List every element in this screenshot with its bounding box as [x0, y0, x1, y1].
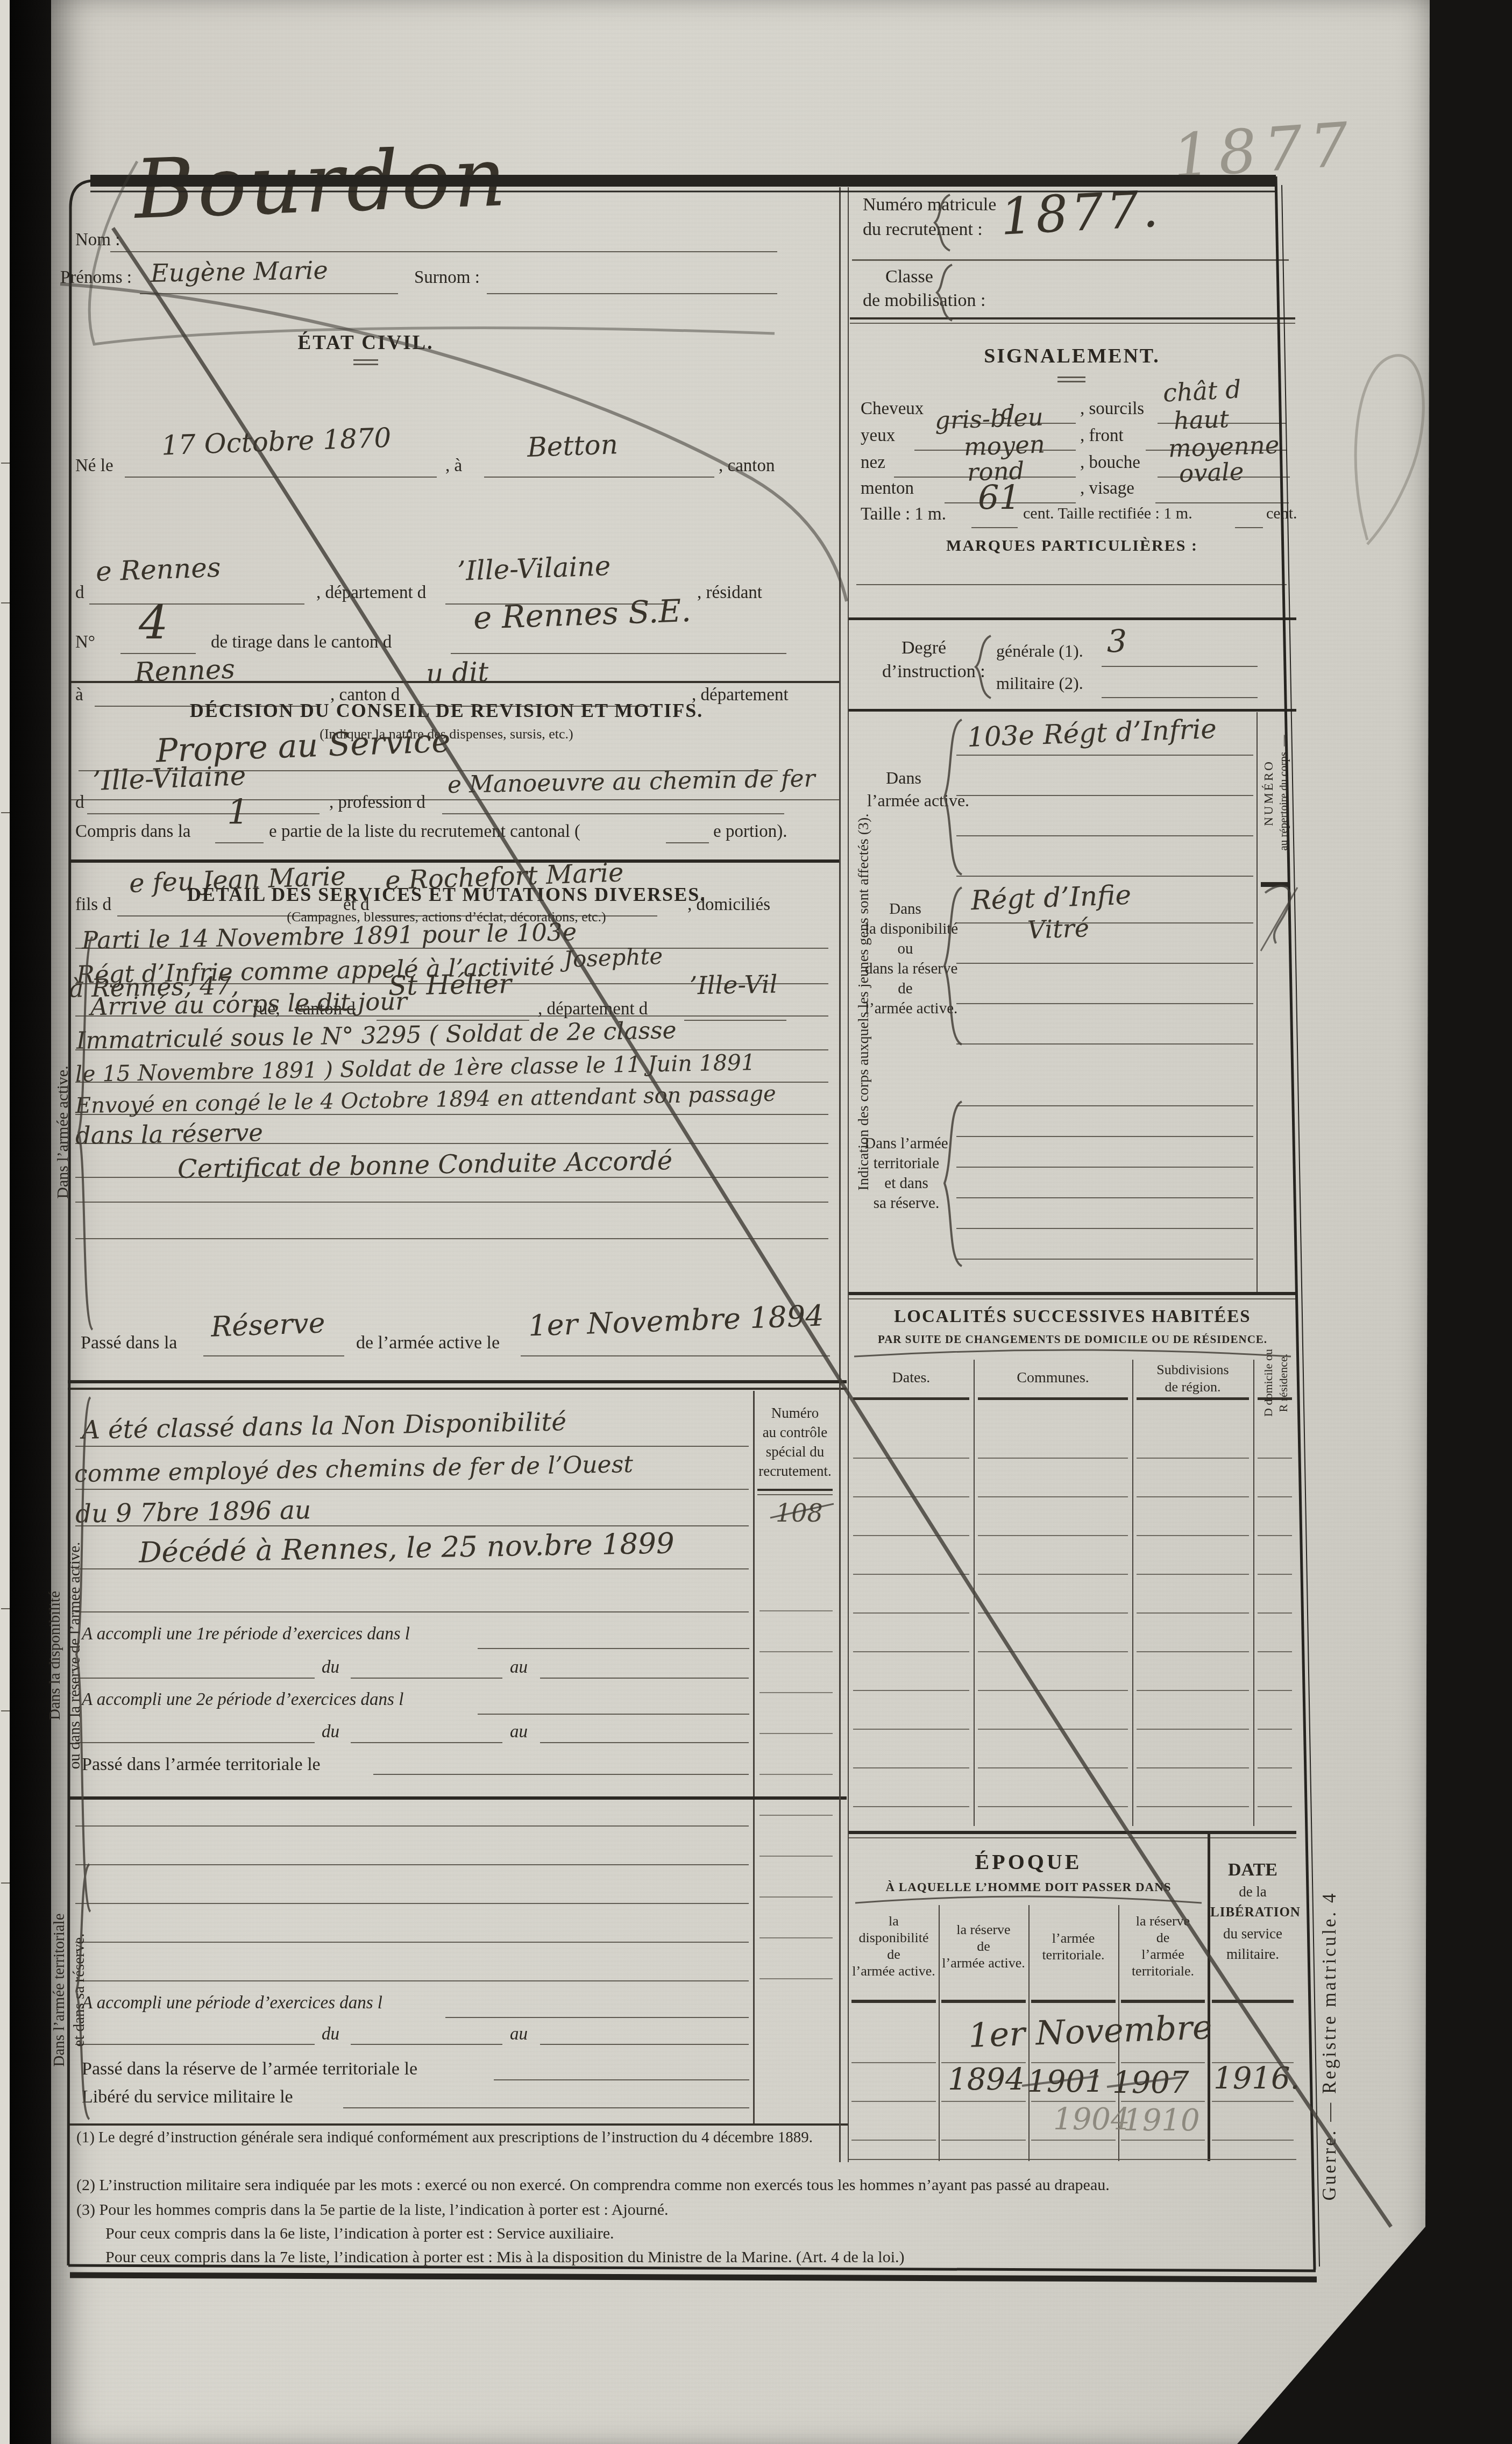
epoque-header-line: de	[850, 1946, 938, 1963]
militaire-label: militaire (2).	[996, 673, 1083, 693]
pencil-year-annotation: 1877	[1170, 109, 1358, 191]
ne-le-label: Né le	[75, 456, 113, 476]
table-rows	[851, 2024, 936, 2144]
repertoire-tick	[1261, 882, 1289, 887]
section-rule	[849, 1298, 1296, 1299]
marques-label: MARQUES PARTICULIÈRES :	[849, 537, 1295, 555]
departement3-label: , département d	[538, 999, 648, 1019]
epoque-header-line: de	[1119, 1929, 1206, 1946]
corps-terr-label-line: territoriale	[861, 1154, 952, 1174]
front-label: , front	[1080, 426, 1124, 446]
repertoire-caption-vertical: NUMÉRO au répertoire du corps. —	[1261, 717, 1291, 868]
epoque-header-line: l’armée active.	[940, 1955, 1027, 1971]
corps-dispo-label-line: ou	[865, 939, 946, 959]
periode1-label: A accompli une 1re période d’exercices d…	[82, 1624, 410, 1644]
rule-line	[850, 317, 1295, 319]
footnote-4: Pour ceux compris dans la 6e liste, l’in…	[105, 2225, 614, 2243]
dr-caption-line: D domicile ou	[1261, 1344, 1276, 1422]
de-label: d	[75, 583, 84, 603]
au-label: au	[510, 1658, 528, 1678]
margin-caption-line: Dans l’armée territoriale	[49, 1856, 69, 2125]
epoque-header-line: l’armée	[1119, 1946, 1206, 1963]
du-label: du	[322, 1722, 339, 1742]
section-rule	[849, 709, 1296, 712]
corps-dispo-value-1: Régt d’Infie	[970, 879, 1132, 916]
du-label: du	[322, 2024, 339, 2044]
tirage-canton-value: e Rennes S.E.	[473, 592, 692, 636]
passe-reserve-label-2: de l’armée active le	[356, 1333, 500, 1353]
corps-dispo-label-line: Dans	[865, 899, 946, 919]
rule-line	[75, 2044, 315, 2045]
nom-label: Nom :	[75, 230, 120, 250]
table-rows	[1137, 1420, 1249, 1824]
rule-line	[343, 2107, 749, 2108]
rule-line	[451, 653, 786, 654]
rule-line	[70, 799, 839, 800]
section-rule	[70, 859, 840, 863]
epoque-header-line: la réserve	[940, 1921, 1027, 1938]
epoque-header-line: disponibilité	[850, 1929, 938, 1946]
decision-title: DÉCISION DU CONSEIL DE REVISION ET MOTIF…	[70, 699, 823, 722]
bouche-label: , bouche	[1080, 453, 1140, 473]
header-rule	[853, 1397, 969, 1400]
footnote-1: (1) Le degré d’instruction générale sera…	[76, 2129, 813, 2147]
epoque-header-line: l’armée active.	[850, 1963, 938, 1979]
spine-imprint-vertical: Guerre. — Registre matricule. 4	[1319, 1796, 1340, 2296]
reserve-entry: du 9 7bre 1896 au	[75, 1495, 311, 1529]
rule-line	[351, 2044, 502, 2045]
taille-rectifiee-label: cent. Taille rectifiée : 1 m.	[1023, 505, 1192, 523]
etat-civil-title: ÉTAT CIVIL.	[70, 331, 662, 354]
rule-line	[75, 1238, 828, 1239]
rule-line	[125, 477, 437, 478]
blank-rule-lines	[759, 1571, 833, 1985]
column-divider	[839, 187, 841, 2162]
mother-middle-name-value: Josephte	[563, 943, 663, 972]
localites-subtitle: PAR SUITE DE CHANGEMENTS DE DOMICILE OU …	[849, 1333, 1296, 1346]
header-rule	[851, 2000, 936, 2003]
residence-value: Rennes	[134, 653, 236, 688]
controle-label-line: spécial du	[755, 1444, 835, 1460]
sourcils-label: , sourcils	[1080, 399, 1144, 419]
epoque-header-line: LIBÉRATION	[1210, 1902, 1295, 1923]
residant-label: , résidant	[697, 583, 762, 603]
corps-terr-label-line: sa réserve.	[861, 1193, 952, 1213]
compris-label-2: e partie de la liste du recrutement cant…	[269, 822, 580, 842]
rule-line	[1235, 527, 1263, 528]
epoque-year-1904: 1904	[1053, 2102, 1130, 2137]
corps-terr-label-line: Dans l’armée	[861, 1134, 952, 1154]
epoque-col1-header: la disponibilité de l’armée active.	[850, 1913, 938, 1979]
margin-caption-armee-active: Dans l’armée active.	[54, 936, 72, 1328]
passe-reserve-label-1: Passé dans la	[81, 1333, 177, 1353]
blank-rule-lines	[75, 1788, 749, 1984]
rule-line	[215, 842, 264, 843]
rule-line	[75, 1446, 749, 1447]
section-rule	[849, 1831, 1296, 1834]
periode2-label: A accompli une 2e période d’exercices da…	[82, 1690, 403, 1710]
rule-line	[478, 1714, 749, 1715]
corps-active-label-2: l’armée active.	[867, 791, 969, 811]
taille-label: Taille : 1 m.	[861, 505, 946, 524]
generale-label: générale (1).	[996, 641, 1083, 661]
canton-value: e Rennes	[95, 552, 221, 587]
service-entry: Arrivé au corps le dit jour	[90, 987, 408, 1021]
compris-value: 1	[227, 793, 249, 833]
margin-caption-line: ou dans la réserve de l’armée active.	[65, 1397, 85, 1914]
margin-caption-line: Dans la disponibilité	[45, 1397, 65, 1914]
epoque-header-line: la réserve	[1119, 1913, 1206, 1929]
rule-line	[1155, 502, 1289, 503]
corps-rule-lines	[956, 1076, 1253, 1269]
col-header-subdivisions-1: Subdivisions	[1137, 1362, 1249, 1378]
degre-label-1: Degré	[901, 638, 946, 658]
canton-residence-value: u dit	[425, 656, 489, 690]
epoque-date-header: DATE de la LIBÉRATION du service militai…	[1210, 1859, 1295, 1964]
col-header-domicile-residence: D domicile ou R résidence.	[1261, 1344, 1291, 1422]
rule-line	[850, 323, 1295, 324]
localites-title: LOCALITÉS SUCCESSIVES HABITÉES	[849, 1307, 1296, 1327]
epoque-header-line: de la	[1210, 1881, 1295, 1902]
header-rule	[1121, 2000, 1205, 2003]
cheveux-label: Cheveux	[861, 399, 924, 419]
yeux-label: yeux	[861, 426, 895, 446]
classe-mobilisation-label-line2: de mobilisation :	[863, 290, 986, 311]
departement-domicile-value: ’Ille-Vil	[690, 970, 778, 1000]
rule-line	[442, 813, 784, 814]
rule-line	[445, 2017, 749, 2018]
rule-line	[120, 653, 196, 654]
footnote-3: (3) Pour les hommes compris dans la 5e p…	[76, 2201, 669, 2219]
header-rule	[978, 1397, 1128, 1400]
col-header-dates: Dates.	[853, 1369, 969, 1387]
rule-line	[75, 1742, 315, 1743]
taille-value: 61	[978, 478, 1020, 517]
departement-label: , département d	[316, 583, 426, 603]
section-rule	[849, 1837, 1296, 1838]
col-header-subdivisions-2: de région.	[1137, 1379, 1249, 1395]
margin-caption-disponibilite: Dans la disponibilité ou dans la réserve…	[45, 1397, 85, 1914]
au-label: au	[510, 2024, 528, 2044]
rule-line	[684, 1020, 786, 1021]
section-rule	[849, 617, 1296, 620]
rule-line	[89, 603, 304, 605]
generale-value: 3	[1107, 623, 1127, 659]
section-rule	[68, 1380, 847, 1383]
col-header-communes: Communes.	[978, 1369, 1128, 1387]
menton-label: menton	[861, 479, 914, 499]
rule-line	[110, 251, 777, 252]
rule-line	[494, 2079, 749, 2080]
rule-line	[75, 1678, 315, 1679]
compris-label-3: e portion).	[713, 822, 787, 842]
rule-line	[540, 2044, 749, 2045]
au-label: au	[510, 1722, 528, 1742]
epoque-header-line: territoriale.	[1030, 1946, 1117, 1963]
table-rows	[1258, 1420, 1292, 1824]
content-bottom-rule	[68, 2123, 849, 2126]
table-column-divider	[1132, 1360, 1133, 1826]
rule-line	[351, 1678, 502, 1679]
surnom-label: Surnom :	[414, 268, 480, 288]
passe-reserve-value-1: Réserve	[210, 1307, 325, 1343]
table-bottom-rule	[849, 2159, 1296, 2160]
rule-line	[75, 1611, 749, 1612]
rule-line	[1102, 666, 1258, 667]
rule-line	[75, 1202, 828, 1203]
repertoire-caption-line: au répertoire du corps. —	[1276, 717, 1291, 868]
epoque-year-1916: 1916.	[1213, 2061, 1300, 2096]
compris-label-1: Compris dans la	[75, 822, 190, 842]
header-rule	[1031, 2000, 1116, 2003]
rule-line	[971, 527, 1018, 528]
numero-matricule-label-line2: du recrutement :	[863, 219, 983, 240]
register-scan-page: 1877 Bourdon Nom : Prénoms : Eugène Mari…	[0, 0, 1512, 2444]
tirage-no-label: N°	[75, 633, 95, 652]
rule-line	[351, 1742, 502, 1743]
numero-matricule-value: 1877.	[999, 180, 1162, 247]
services-title: DÉTAIL DES SERVICES ET MUTATIONS DIVERSE…	[70, 883, 823, 906]
rule-line	[373, 1774, 749, 1775]
epoque-col3-header: l’armée territoriale.	[1030, 1930, 1117, 1963]
epoque-header-line: militaire.	[1210, 1944, 1295, 1964]
corps-dispo-label-line: dans la réserve	[865, 959, 946, 979]
front-value: haut	[1173, 404, 1230, 435]
rule-line	[87, 813, 320, 814]
table-rows	[978, 1420, 1128, 1824]
controle-label-line: au contrôle	[755, 1424, 835, 1441]
epoque-year-1901-struck: 1901	[1027, 2064, 1104, 2099]
rule-line	[757, 1494, 833, 1495]
epoque-year-1894: 1894	[948, 2062, 1025, 2097]
title-flourish	[1057, 381, 1085, 382]
d-label: d	[75, 793, 84, 813]
signalement-title: SIGNALEMENT.	[849, 344, 1295, 368]
epoque-subtitle: À LAQUELLE L’HOMME DOIT PASSER DANS	[849, 1880, 1208, 1894]
epoque-header-line: la	[850, 1913, 938, 1929]
corps-dispo-label-line: la disponibilité	[865, 919, 946, 939]
table-column-divider	[974, 1360, 975, 1826]
epoque-year-1907-struck: 1907	[1112, 2065, 1189, 2100]
canton-label: , canton	[719, 456, 775, 476]
rule-line	[140, 293, 398, 294]
controle-number-value: 108	[776, 1498, 823, 1527]
table-column-divider	[1253, 1360, 1254, 1826]
epoque-year-1910: 1910	[1123, 2103, 1200, 2138]
footnote-2: (2) L’instruction militaire sera indiqué…	[76, 2176, 1110, 2194]
rule-line	[1102, 697, 1258, 698]
section-rule	[849, 1292, 1296, 1295]
rule-line	[852, 259, 1289, 261]
epoque-header-line: l’armée	[1030, 1930, 1117, 1946]
rule-line	[75, 1489, 749, 1490]
rule-line	[484, 477, 714, 478]
nom-value-signature: Bourdon	[133, 129, 510, 237]
title-flourish	[353, 359, 378, 361]
rule-line	[540, 1742, 749, 1743]
repertoire-caption-line: NUMÉRO	[1261, 717, 1276, 868]
controle-label-line: recrutement.	[755, 1463, 835, 1480]
corps-dispo-label-line: de	[865, 979, 946, 999]
title-flourish	[353, 364, 378, 365]
periode3-label: A accompli une période d’exercices dans …	[82, 1993, 382, 2013]
prenoms-value: Eugène Marie	[151, 255, 329, 288]
rule-line	[856, 584, 1287, 585]
du-label: du	[322, 1658, 339, 1678]
header-rule	[941, 2000, 1026, 2003]
epoque-col4-header: la réserve de l’armée territoriale.	[1119, 1913, 1206, 1979]
footnote-5: Pour ceux compris dans la 7e liste, l’in…	[105, 2248, 905, 2267]
cent-label: cent.	[1266, 505, 1297, 523]
prenoms-label: Prénoms :	[60, 268, 132, 288]
repertoire-column-divider	[1257, 712, 1258, 1292]
epoque-header-line: de	[940, 1938, 1027, 1955]
rule-line	[478, 1648, 749, 1649]
margin-caption-territoriale: Dans l’armée territoriale et dans sa rés…	[49, 1856, 89, 2125]
tirage-label: de tirage dans le canton d	[211, 633, 392, 652]
controle-label-line: Numéro	[755, 1405, 835, 1422]
corps-dispo-label: Dans la disponibilité ou dans la réserve…	[865, 899, 946, 1019]
rule-line	[203, 1355, 344, 1356]
rule-line	[487, 293, 777, 294]
epoque-title: ÉPOQUE	[849, 1849, 1208, 1874]
corps-dispo-label-line: l’armée active.	[865, 999, 946, 1019]
subcolumn-divider	[753, 1391, 755, 2123]
service-entry: dans la réserve	[75, 1118, 264, 1150]
corps-territoriale-label: Dans l’armée territoriale et dans sa rés…	[861, 1134, 952, 1213]
sourcils-value: chât d	[1162, 374, 1242, 408]
corps-dispo-value-2: Vitré	[1027, 913, 1090, 944]
passe-territoriale-label: Passé dans l’armée territoriale le	[82, 1754, 321, 1775]
margin-caption-line: et dans sa réserve.	[69, 1856, 89, 2125]
passe-reserve-territoriale-label: Passé dans la réserve de l’armée territo…	[82, 2059, 417, 2079]
corps-terr-label-line: et dans	[861, 1174, 952, 1193]
header-rule	[1137, 1397, 1249, 1400]
rule-line	[540, 1678, 749, 1679]
header-rule	[1212, 2000, 1294, 2003]
libere-label: Libéré du service militaire le	[82, 2087, 293, 2107]
classe-mobilisation-label-line1: Classe	[885, 267, 933, 287]
numero-matricule-label-line1: Numéro matricule	[863, 195, 996, 215]
departement-value: ’Ille-Vilaine	[457, 550, 611, 587]
corps-active-label-1: Dans	[871, 768, 936, 788]
section-rule	[68, 1388, 847, 1390]
birth-place-value: Betton	[527, 429, 619, 463]
degre-label-2: d’instruction :	[882, 662, 985, 682]
epoque-col2-header: la réserve de l’armée active.	[940, 1921, 1027, 1971]
epoque-header-line: territoriale.	[1119, 1963, 1206, 1979]
visage-label: , visage	[1080, 479, 1134, 499]
nez-label: nez	[861, 453, 885, 473]
epoque-header-line: DATE	[1210, 1859, 1295, 1881]
a-label: , à	[445, 456, 462, 476]
profession-label: , profession d	[329, 793, 425, 813]
rule-line	[757, 1489, 833, 1491]
title-flourish	[1057, 376, 1085, 378]
rule-line	[666, 842, 709, 843]
rule-line	[521, 1355, 830, 1356]
table-rows	[853, 1420, 969, 1824]
dr-caption-line: R résidence.	[1276, 1344, 1291, 1422]
epoque-header-line: du service	[1210, 1923, 1295, 1944]
visage-value: ovale	[1179, 457, 1244, 488]
tirage-no-value: 4	[139, 596, 168, 650]
